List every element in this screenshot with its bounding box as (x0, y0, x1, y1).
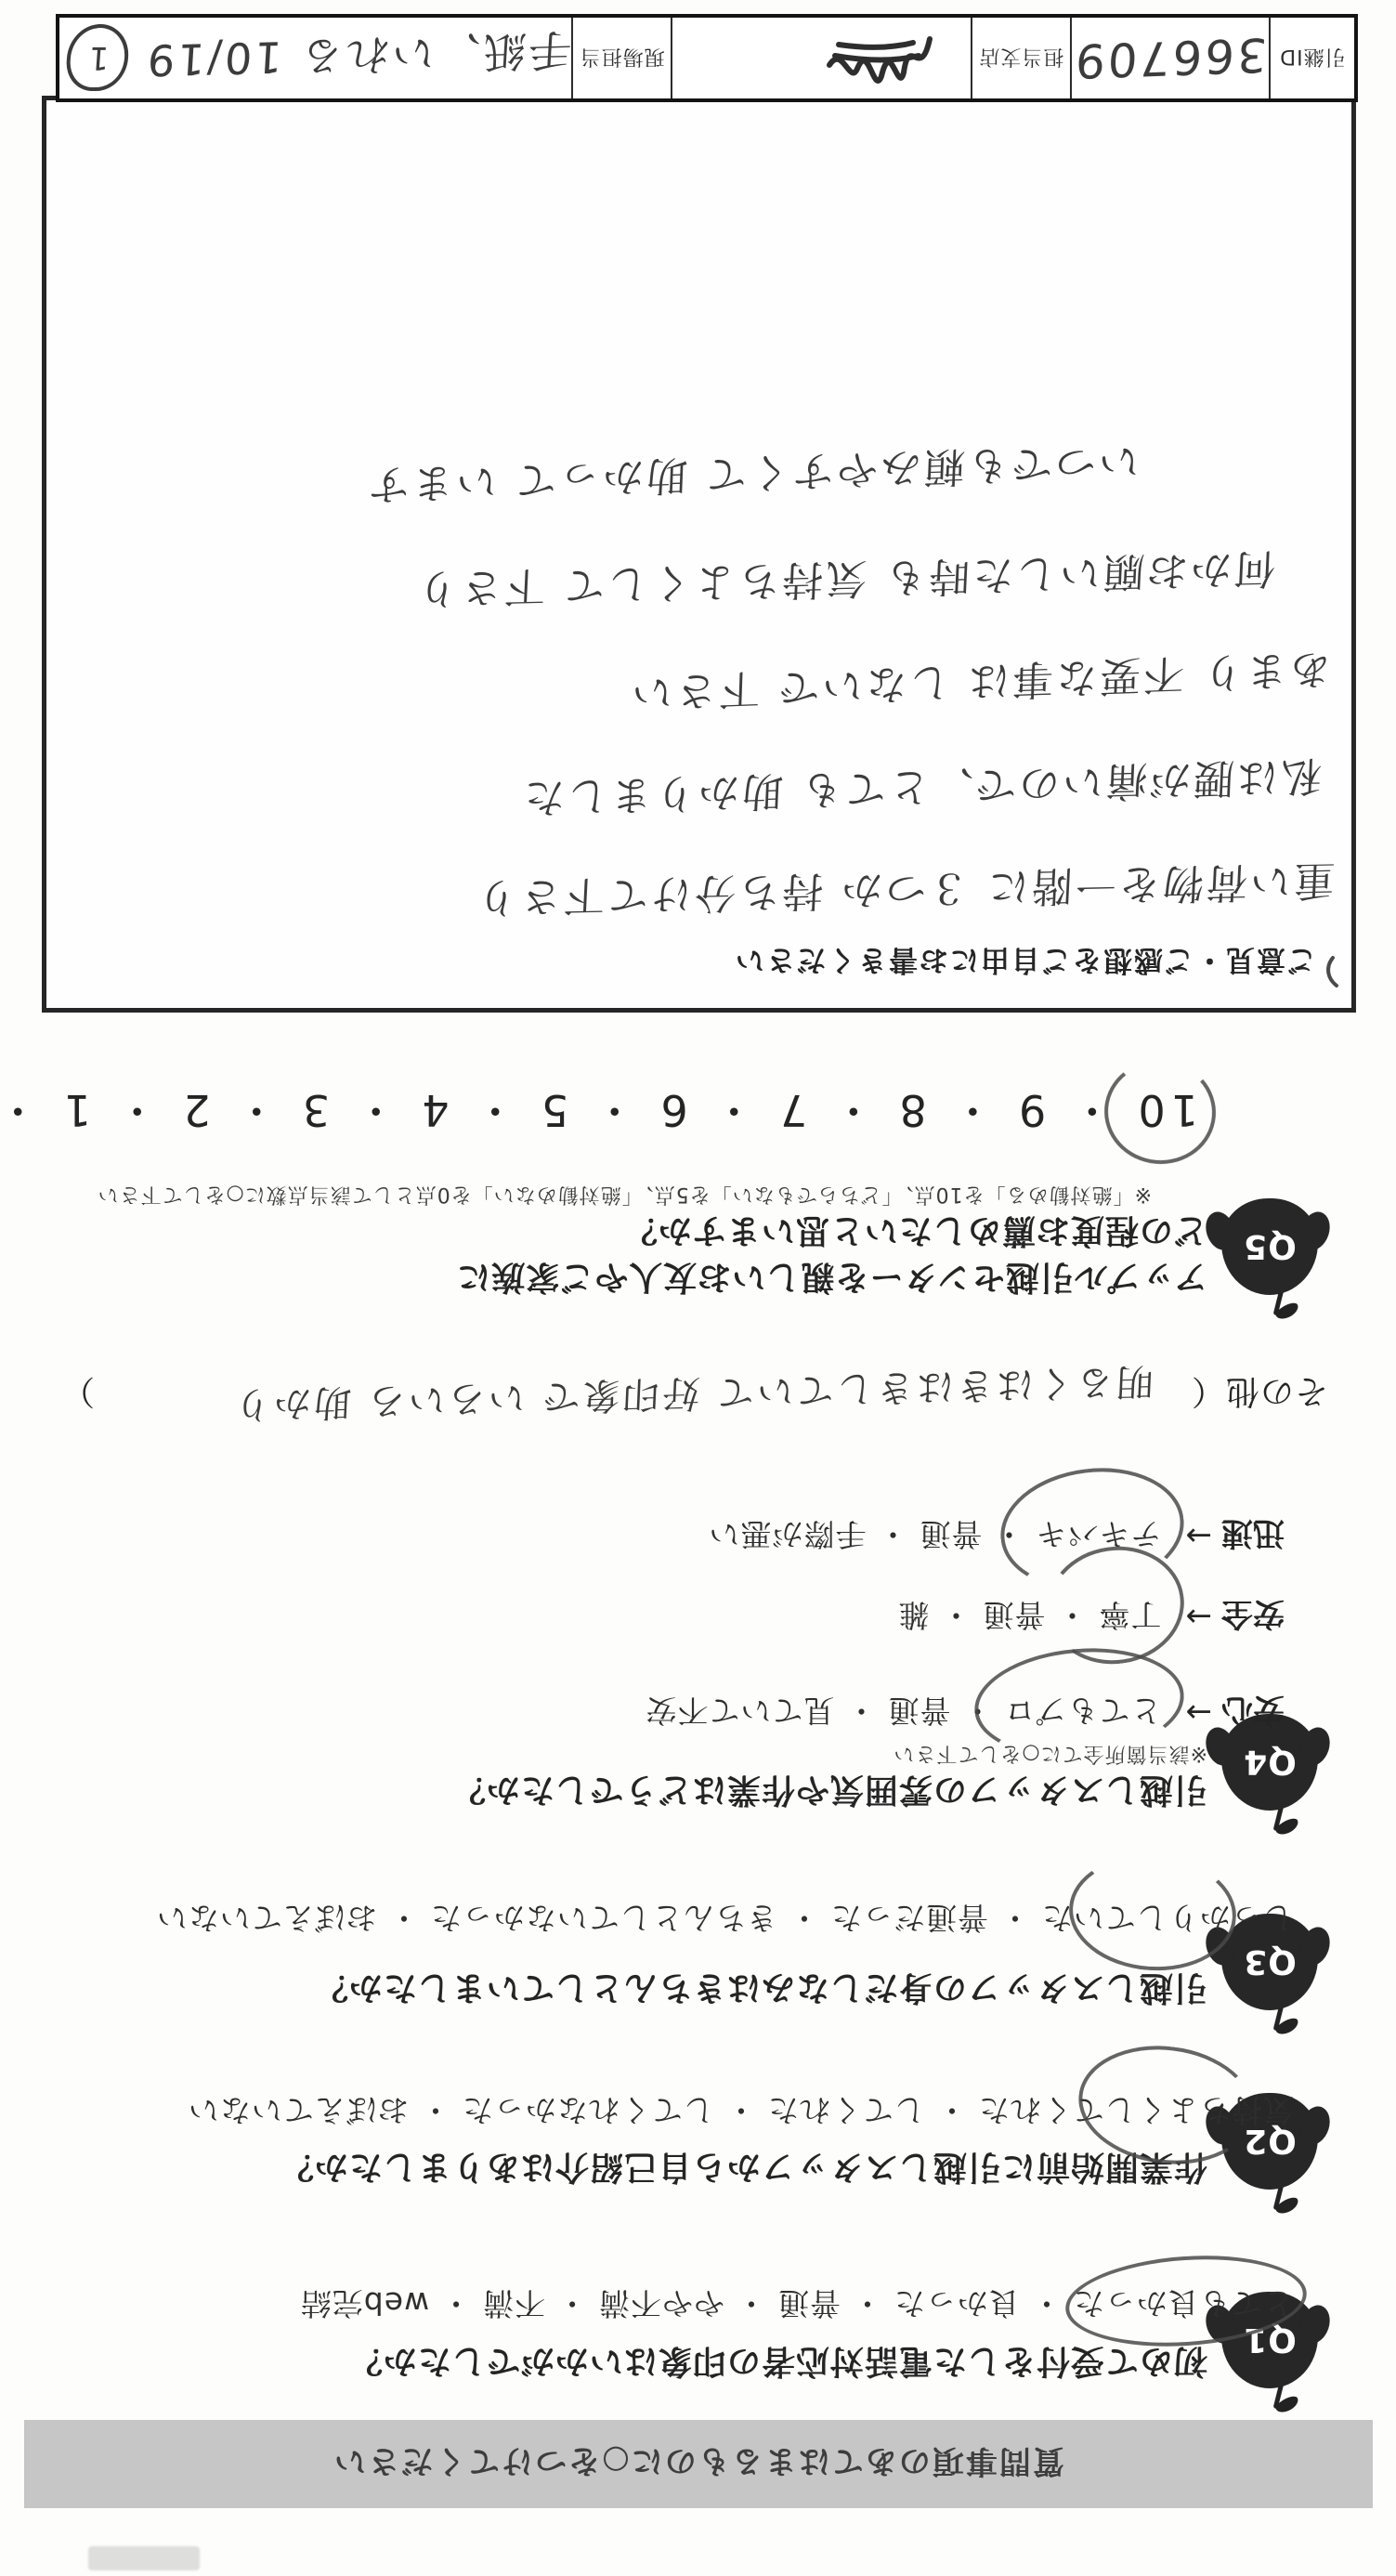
q2-question: 作業開始前に引越しスタッフから自己紹介はありましたか？ (280, 2146, 1207, 2193)
comment-line: 私は腰が痛いので、とても 助かりました (520, 750, 1323, 831)
q4-other-suffix: ） (60, 1370, 95, 1418)
q5-scale: 10 ・ 9 ・ 8 ・ 7 ・ 6 ・ 5 ・ 4 ・ 3 ・ 2 ・ 1 ・… (0, 1082, 1198, 1144)
q4-row-anshin: 安心 → とてもプロ ・ 普通 ・ 見ていて不安 (646, 1690, 1285, 1735)
circled-one-mark: 1 (64, 25, 130, 92)
site-rep-label: 現場担当 (580, 44, 665, 72)
arrow-right-icon: → (1186, 1518, 1213, 1555)
site-rep-memo-cell: 手紙、いれる 10/19 1 (59, 18, 571, 98)
comment-line: 何かお願いした時も 気持ちよくして 下さり (413, 543, 1277, 623)
arrow-right-icon: → (1186, 1694, 1213, 1732)
q5-question-line2: どの程度お薦めしたいと思いますか？ (623, 1210, 1207, 1257)
q4-question: 引越しスタッフの雰囲気や作業はどうでしたか？ (451, 1769, 1207, 1816)
q5-badge: Q5 (1212, 1178, 1324, 1317)
handover-id-value-cell: 366709 (1070, 18, 1269, 98)
pen-tick-mark (1312, 954, 1344, 991)
scanned-survey-sheet: 質問事項のあてはまるものに○をつけてください Q1 初めて受付をした電話対応者の… (0, 0, 1396, 2576)
q4-row-label: 迅速 (1221, 1513, 1285, 1559)
q4-row-jinsoku: 迅速 → テキパキ ・ 普通 ・ 手際が悪い (709, 1513, 1285, 1559)
site-rep-memo: 手紙、いれる 10/19 (143, 21, 573, 94)
title-bar: 質問事項のあてはまるものに○をつけてください (24, 2420, 1373, 2508)
handover-id-value: 366709 (1072, 28, 1269, 88)
q3-question: 引越しスタッフの身だしなみはきちんとしていましたか？ (314, 1967, 1207, 2014)
q4-other-prefix: その他（ (1191, 1370, 1328, 1418)
q1-question: 初めて受付をした電話対応者の印象はいかがでしたか？ (348, 2340, 1207, 2387)
q4-row-label: 安全 (1221, 1594, 1285, 1640)
branch-label-cell: 担当支店 (971, 18, 1070, 98)
pen-circle-q5-score-10 (1100, 1055, 1220, 1169)
comment-line: あまり 不要な事は しないで 下さい (628, 643, 1332, 727)
q5-question-line1: アップル引越センターを親しいお友人やご家族に (456, 1256, 1207, 1303)
comment-box: ご意見・ご感想をご自由にお書きください 重い荷物を一階に ３つか 持ち分けて下さ… (42, 96, 1356, 1013)
handover-id-label: 引継ID (1279, 44, 1345, 72)
title-bar-text: 質問事項のあてはまるものに○をつけてください (333, 2441, 1064, 2487)
q5-badge-body: Q5 (1221, 1198, 1318, 1295)
q5-badge-label: Q5 (1243, 1228, 1297, 1266)
q3-badge-label: Q3 (1243, 1943, 1297, 1981)
branch-signature-cell (671, 18, 971, 98)
branch-signature-scribble (807, 23, 946, 94)
q4-other-handwriting: 明るくはきはきしていて 好印象で いろいろ 助かり (230, 1357, 1155, 1434)
comment-line: いつでも頼みやすくて 助かって います (365, 435, 1141, 518)
site-rep-label-cell: 現場担当 (571, 18, 671, 98)
comment-box-label: ご意見・ご感想をご自由にお書きください (734, 942, 1316, 984)
handover-table: 引継ID 366709 担当支店 現場担当 手紙、いれる 10/19 1 (56, 14, 1358, 102)
q4-badge-label: Q4 (1243, 1744, 1297, 1782)
q4-row-label: 安心 (1221, 1690, 1285, 1735)
handover-id-label-cell: 引継ID (1269, 18, 1354, 98)
branch-label: 担当支店 (978, 44, 1063, 72)
q4-other-row: その他（ 明るくはきはきしていて 好印象で いろいろ 助かり ） (60, 1369, 1328, 1422)
arrow-right-icon: → (1186, 1599, 1213, 1636)
comment-line: 重い荷物を一階に ３つか 持ち分けて下さり (473, 854, 1337, 931)
document-rotated-180: 質問事項のあてはまるものに○をつけてください Q1 初めて受付をした電話対応者の… (0, 0, 1396, 2576)
scan-smudge-artifact (88, 2546, 200, 2570)
q5-note: ※「絶対勧める」を10点、「どちらでもない」を5点、「絶対勧めない」を0点として… (98, 1182, 1152, 1210)
